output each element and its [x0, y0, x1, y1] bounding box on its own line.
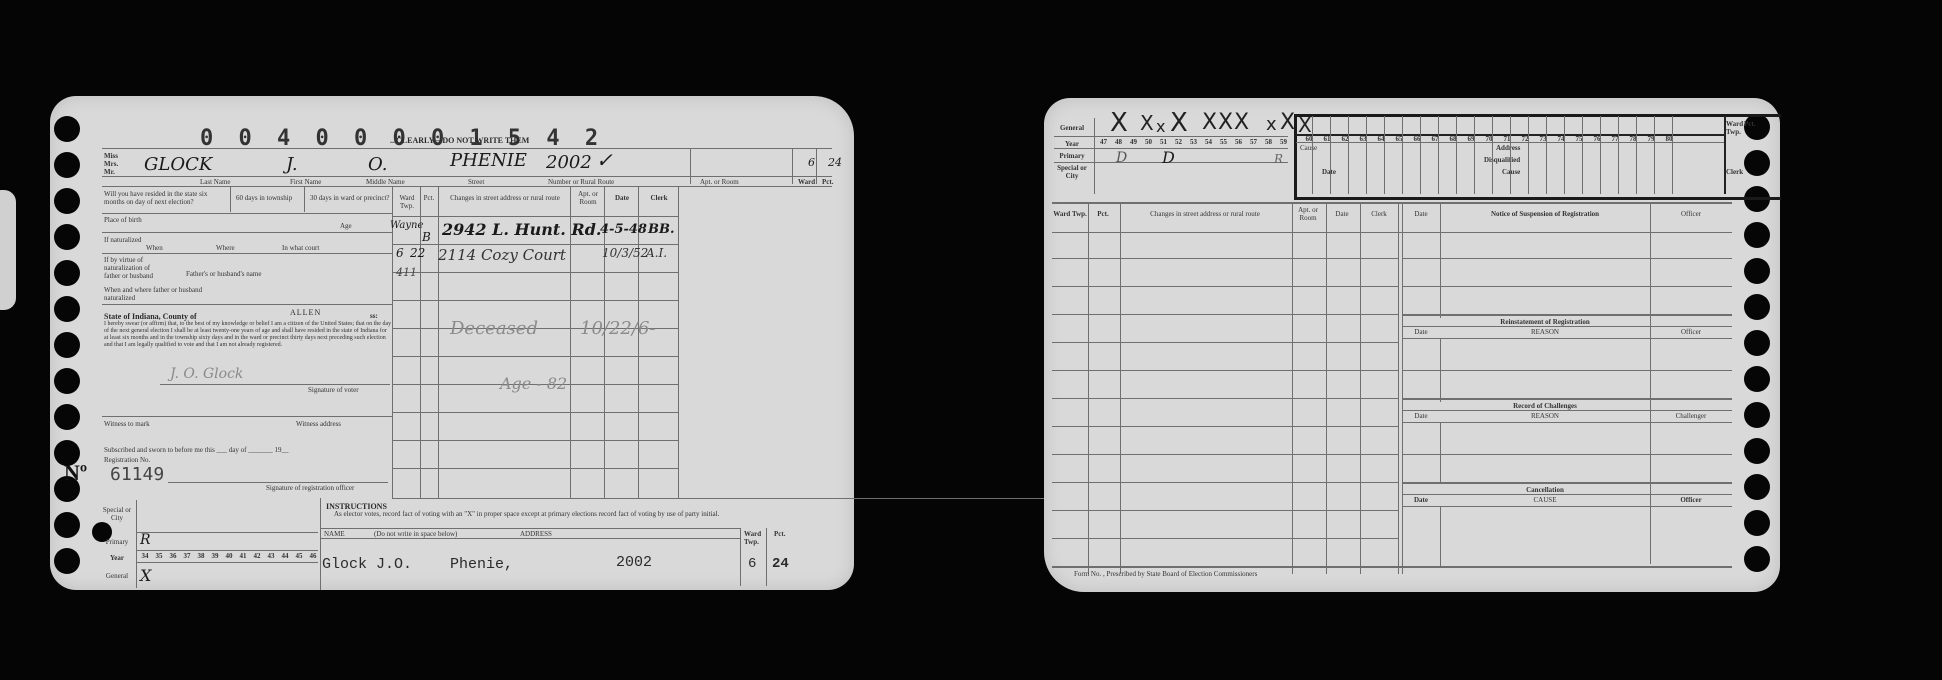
punch-hole [54, 332, 80, 358]
row3-ward: 411 [396, 266, 417, 279]
subscribed-line: Subscribed and sworn to before me this _… [104, 446, 289, 454]
row2-ward: 6 [396, 246, 404, 260]
instructions-text: As elector votes, record fact of voting … [334, 510, 804, 518]
cancellation-date-label: Date [1404, 496, 1438, 504]
last-name-label: Last Name [200, 178, 231, 186]
footer-ward-label: Ward Twp. [744, 530, 764, 546]
punch-hole [54, 512, 80, 538]
oath-heading: State of Indiana, County of [104, 312, 197, 321]
grid-label-year: Year [98, 554, 136, 562]
punch-hole [1744, 438, 1770, 464]
challenges-title: Record of Challenges [1440, 402, 1650, 410]
row2-pct: 22 [410, 246, 425, 260]
back-col-date: Date [1326, 210, 1358, 218]
challenges-challenger-label: Challenger [1652, 412, 1730, 420]
reinstatement-reason-label: REASON [1440, 328, 1650, 336]
punch-hole [1744, 294, 1770, 320]
oath-ss: ss: [370, 312, 378, 320]
age-label: Age [340, 222, 352, 230]
instructions-address-label: ADDRESS [520, 530, 552, 538]
typed-number: 2002 [616, 554, 652, 571]
registration-card-front: 0 0 4 0 0 0 0 1 5 4 2 ...CLEARLY—DO NOT … [50, 96, 854, 590]
back-col-clerk: Clerk [1360, 210, 1398, 218]
general-x-mark: X [1234, 110, 1249, 136]
ext-disqualified-label: Disqualified [1484, 156, 1520, 164]
when-where-label: When and where father or husband natural… [104, 286, 204, 302]
row1-ward: Wayne [390, 220, 423, 231]
grid-label-general: General [98, 572, 136, 580]
witness-mark-label: Witness to mark [104, 420, 150, 428]
col-date: Date [606, 194, 638, 202]
reinstatement-officer-label: Officer [1652, 328, 1730, 336]
punch-hole [54, 224, 80, 250]
street-label: Street [468, 178, 484, 186]
registration-no-prefix: Nº [64, 460, 87, 486]
back-col-pct: Pct. [1088, 210, 1118, 218]
punch-hole [54, 116, 80, 142]
punch-hole [54, 296, 80, 322]
general-x-mark: X [1202, 110, 1217, 136]
reinstatement-date-label: Date [1404, 328, 1438, 336]
row7-address: Age - 82 [500, 374, 567, 393]
instructions-name-label: NAME [324, 530, 345, 538]
back-grid-label-year: Year [1052, 140, 1092, 148]
number-label: Number or Rural Route [548, 178, 614, 186]
when-label: When [146, 244, 163, 252]
salutation-miss: Miss [104, 152, 118, 160]
row5-date: 10/22/6- [580, 318, 655, 339]
col-clerk: Clerk [640, 194, 678, 202]
witness-address-label: Witness address [296, 420, 341, 428]
punch-hole [1744, 546, 1770, 572]
grid-label-primary: Primary [98, 538, 136, 546]
oath-county: ALLEN [290, 308, 321, 317]
number-value: 2002 [546, 152, 592, 173]
punch-hole [54, 548, 80, 574]
registration-number: 61149 [110, 464, 164, 485]
row1-pct: B [422, 230, 431, 244]
cancellation-cause-label: CAUSE [1440, 496, 1650, 504]
instructions-note: (Do not write in space below) [374, 530, 457, 538]
residency-q1: Will you have resided in the state six m… [104, 190, 224, 206]
typed-ward: 6 [748, 556, 756, 572]
punch-hole [54, 260, 80, 286]
ext-pct-label: Pct. [1744, 120, 1755, 128]
by-virtue-label: If by virtue of naturalization of father… [104, 256, 164, 280]
form-footer: Form No. , Prescribed by State Board of … [1074, 570, 1257, 578]
punch-hole [54, 152, 80, 178]
row2-address: 2114 Cozy Court [438, 246, 566, 264]
col-changes: Changes in street address or rural route [440, 194, 570, 202]
salutation-mrs: Mrs. [104, 160, 118, 168]
row2-clerk: A.I. [646, 246, 667, 260]
punch-hole [1744, 366, 1770, 392]
cancellation-title: Cancellation [1440, 486, 1650, 494]
general-x-mark: x [1266, 112, 1277, 138]
cancellation-officer-label: Officer [1652, 496, 1730, 504]
grid-label-special: Special or City [98, 506, 136, 522]
front-year-row: 34 35 36 37 38 39 40 41 42 43 44 45 46 [138, 552, 320, 560]
middle-name-label: Middle Name [366, 178, 405, 186]
street-value: PHENIE [450, 150, 527, 171]
suspension-officer-label: Officer [1652, 210, 1730, 218]
primary-mark-59: R [1274, 152, 1283, 166]
registration-card-back: General Year Primary Special or City 47 … [1044, 98, 1780, 592]
col-pct: Pct. [420, 194, 438, 202]
punch-hole [54, 188, 80, 214]
ext-address-label: Address [1496, 144, 1520, 152]
row1-date: 4-5-48 [600, 222, 647, 237]
apt-label: Apt. or Room [700, 178, 739, 186]
punch-hole [1744, 510, 1770, 536]
typed-pct: 24 [772, 556, 789, 572]
row1-clerk: BB. [648, 222, 675, 237]
primary-mark-34: R [140, 532, 151, 548]
residency-q2: 60 days in township [236, 194, 296, 202]
ext-cause2-label: Cause [1502, 168, 1520, 176]
residency-q3: 30 days in ward or precinct? [310, 194, 390, 202]
back-grid-label-special: Special or City [1052, 164, 1092, 180]
header-instruction: ...CLEARLY—DO NOT WRITE THEM [390, 136, 529, 145]
registration-no-label: Registration No. [104, 456, 150, 464]
punch-hole [54, 368, 80, 394]
primary-mark-51: D [1162, 148, 1175, 167]
row1-address: 2942 L. Hunt. Rd. [442, 220, 601, 239]
last-name-value: GLOCK [144, 154, 212, 175]
back-grid-label-primary: Primary [1052, 152, 1092, 160]
punch-hole [1744, 222, 1770, 248]
general-x-mark: X [1140, 110, 1154, 136]
challenges-date-label: Date [1404, 412, 1438, 420]
suspension-date-label: Date [1404, 210, 1438, 218]
back-year-row: 47 48 49 50 51 52 53 54 55 56 57 58 59 [1096, 138, 1291, 146]
extended-year-row: 60 61 62 63 64 65 66 67 68 69 70 71 72 7… [1300, 135, 1678, 143]
general-mark-34: X [140, 566, 151, 585]
reinstatement-title: Reinstatement of Registration [1440, 318, 1650, 326]
ext-date-label: Date [1322, 168, 1336, 176]
pct-label: Pct. [822, 178, 833, 186]
punch-hole [1744, 258, 1770, 284]
voter-signature: J. O. Glock [170, 366, 243, 382]
typed-name: Glock J.O. [322, 556, 412, 573]
challenges-reason-label: REASON [1440, 412, 1650, 420]
naturalized-label: If naturalized [104, 236, 154, 244]
typed-street: Phenie, [450, 556, 513, 573]
general-x-mark: X [1110, 110, 1128, 136]
general-x-mark: x [1156, 114, 1165, 140]
primary-mark-48: D [1116, 150, 1127, 166]
voter-signature-label: Signature of voter [308, 386, 359, 394]
punch-hole [1744, 330, 1770, 356]
col-apt: Apt. or Room [572, 190, 604, 206]
punch-hole [54, 404, 80, 430]
punch-hole [1744, 402, 1770, 428]
extended-voting-grid [1294, 114, 1781, 200]
ward-label: Ward [798, 178, 815, 186]
back-col-ward: Ward Twp. [1052, 210, 1088, 218]
back-col-apt: Apt. or Room [1292, 206, 1324, 222]
general-x-mark: X [1218, 110, 1233, 136]
punch-hole [1744, 474, 1770, 500]
oath-text: I hereby swear (or affirm) that, to the … [104, 321, 392, 349]
ext-ward-label: Ward Twp. [1726, 120, 1746, 136]
where-label: Where [216, 244, 235, 252]
court-label: In what court [282, 244, 319, 252]
check-mark-icon: ✓ [596, 148, 613, 172]
birthplace-label: Place of birth [104, 216, 144, 224]
general-x-mark: X [1280, 110, 1295, 136]
row5-address: Deceased [450, 318, 538, 339]
back-grid-label-general: General [1052, 124, 1092, 132]
suspension-title: Notice of Suspension of Registration [1440, 210, 1650, 218]
fathers-name-label: Father's or husband's name [186, 270, 261, 278]
footer-pct-label: Pct. [774, 530, 785, 538]
general-x-mark: X [1170, 110, 1188, 136]
salutation-mr: Mr. [104, 168, 115, 176]
ext-clerk-label: Clerk [1726, 168, 1743, 176]
ward-value: 6 [808, 156, 815, 169]
col-ward: Ward Twp. [394, 194, 420, 210]
registration-officer-label: Signature of registration officer [266, 484, 354, 492]
first-name-value: J. [286, 154, 298, 175]
row2-date: 10/3/52 [602, 246, 648, 260]
ext-cause-label: Cause [1300, 144, 1317, 152]
first-name-label: First Name [290, 178, 321, 186]
adjacent-card-edge [0, 190, 16, 310]
middle-name-value: O. [368, 154, 387, 175]
pct-value: 24 [828, 156, 842, 169]
back-col-changes: Changes in street address or rural route [1120, 210, 1290, 218]
